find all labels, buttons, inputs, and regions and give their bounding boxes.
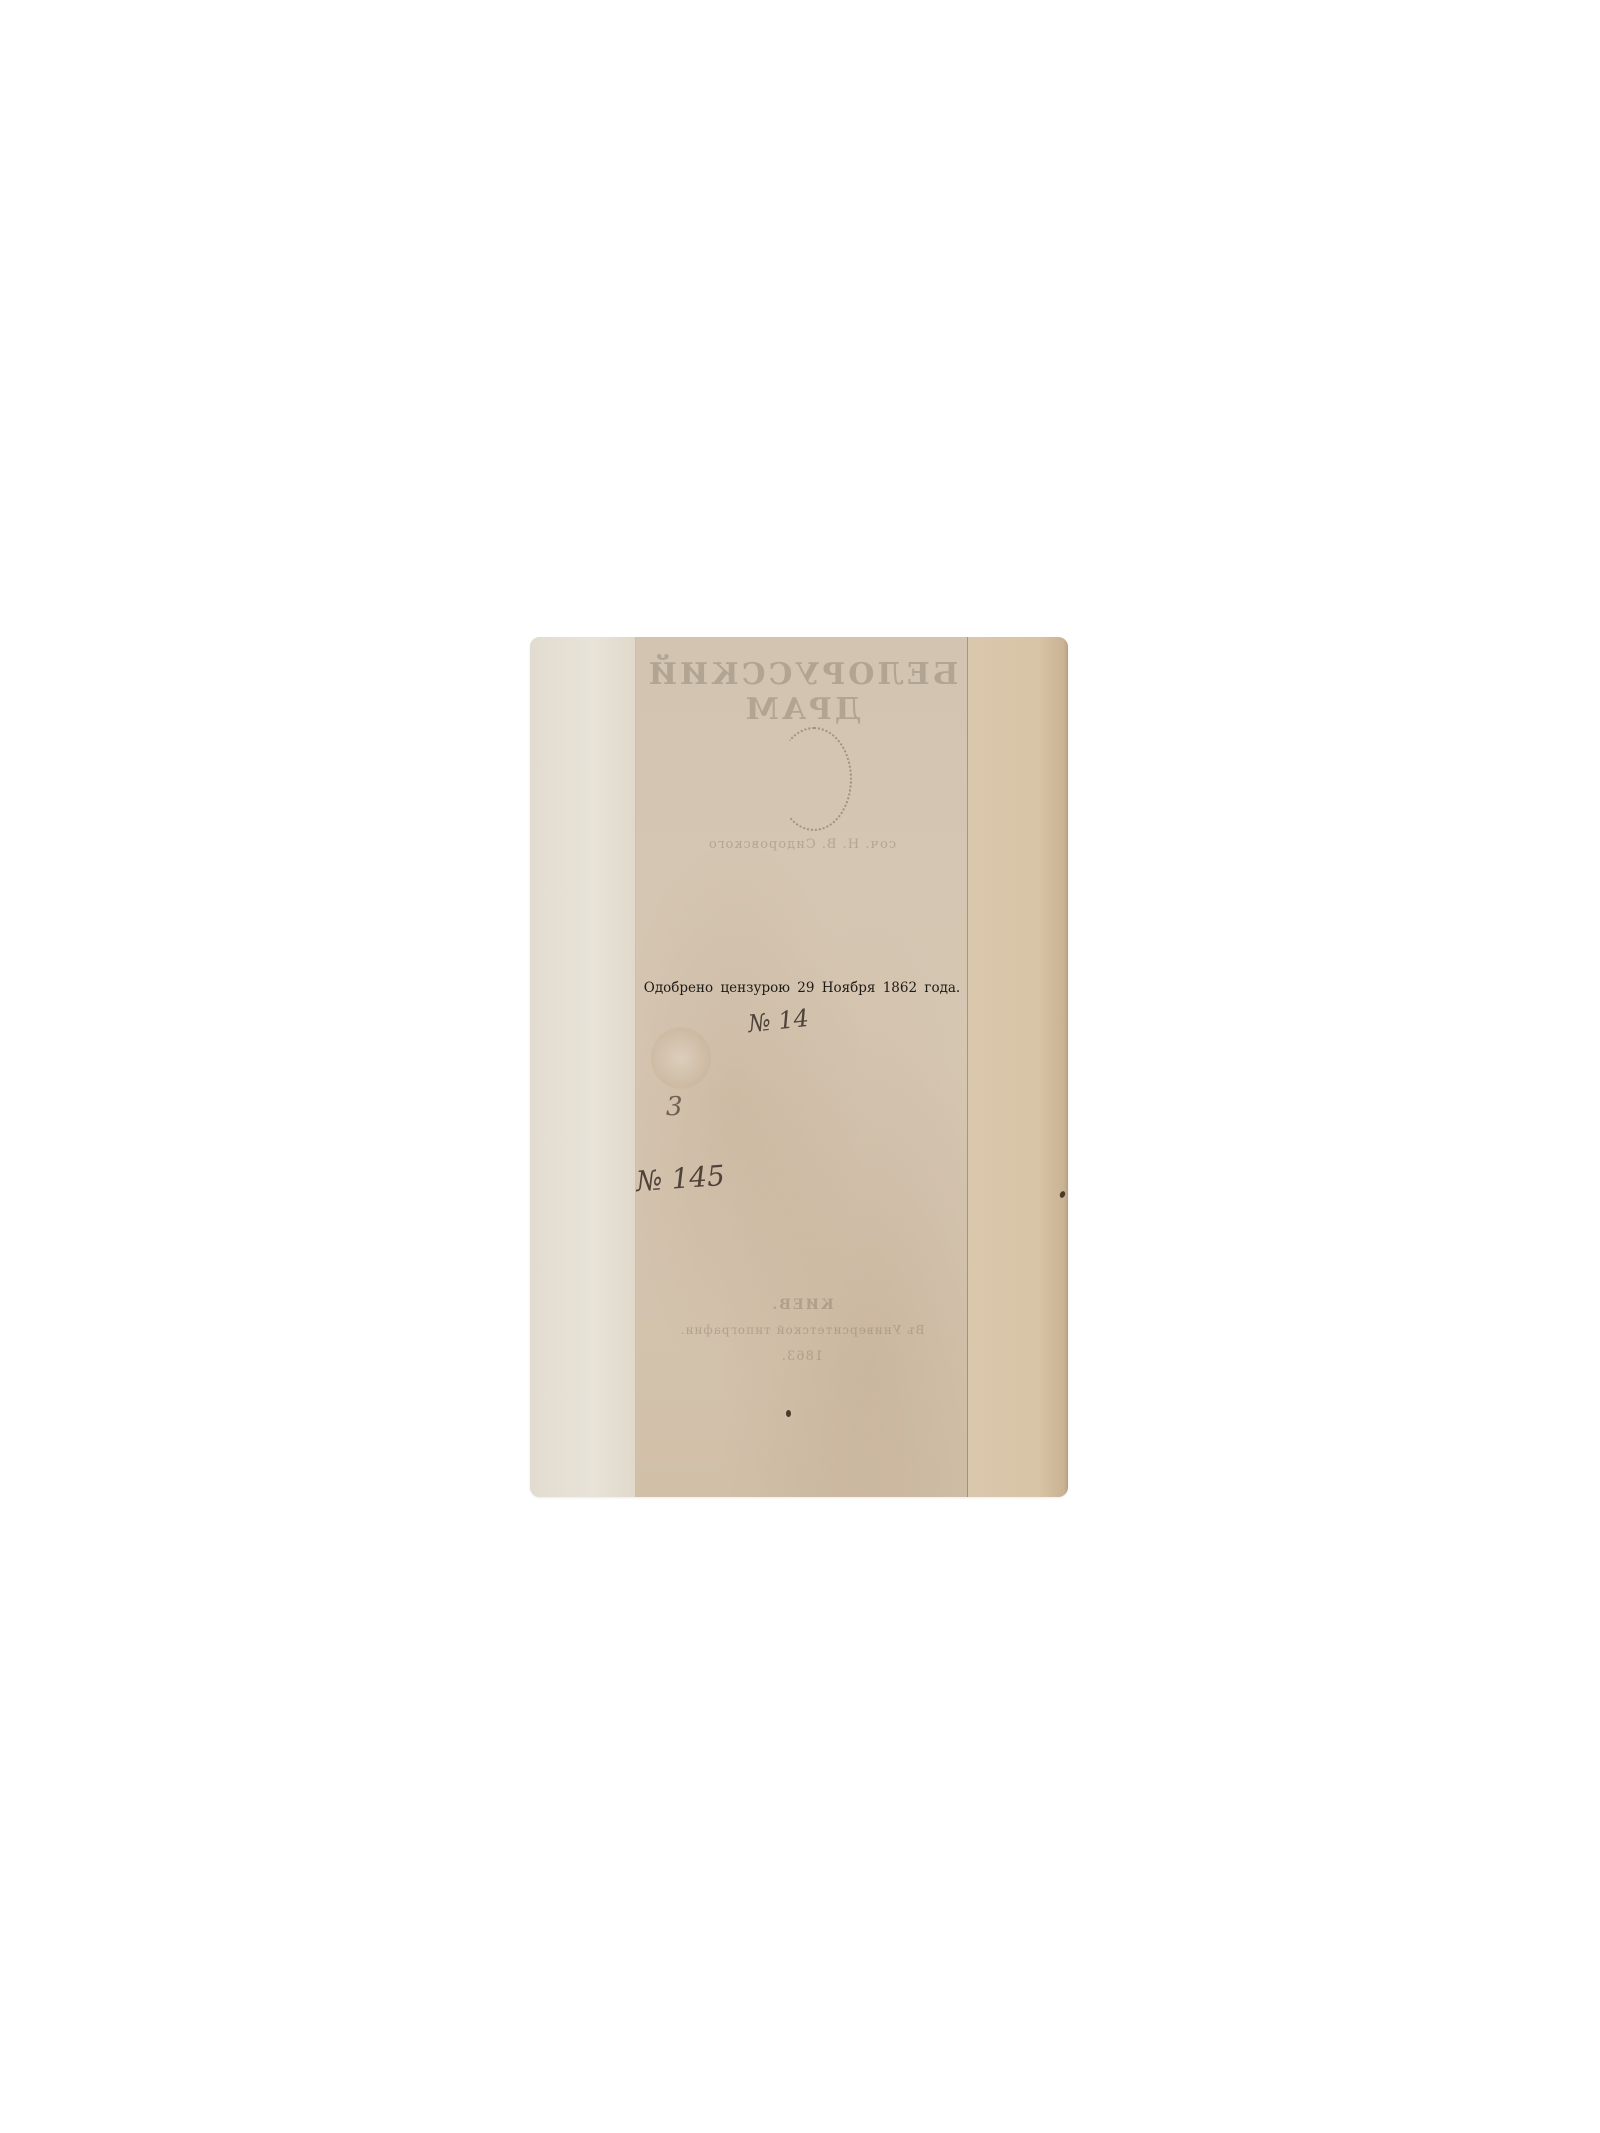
show-through-title: БЕЛОРУССКИЙ ДРАМ [636, 657, 968, 727]
library-stamp-icon [776, 727, 852, 831]
censorship-approval-text: Одобрено цензурою 29 Ноября 1862 года. [636, 980, 968, 996]
show-through-author: соч. Н. В. Сидоровского [636, 837, 968, 852]
ink-speck [786, 1410, 791, 1417]
handwritten-mark-2: 3 [666, 1092, 683, 1122]
paper-sheet: БЕЛОРУССКИЙ ДРАМ соч. Н. В. Сидоровского… [636, 637, 968, 1497]
show-through-city: КИЕВ. [636, 1297, 968, 1313]
ink-speck [1059, 1190, 1066, 1198]
show-through-press: Въ Университетской типографии. [636, 1323, 968, 1337]
left-margin-strip [530, 637, 636, 1497]
book-page: БЕЛОРУССКИЙ ДРАМ соч. Н. В. Сидоровского… [530, 637, 1068, 1497]
handwritten-mark-3: № 145 [635, 1159, 726, 1198]
water-stain [651, 1027, 711, 1089]
right-margin-strip [968, 637, 1068, 1497]
show-through-year: 1863. [636, 1349, 968, 1364]
handwritten-mark-1: № 14 [747, 1004, 810, 1038]
